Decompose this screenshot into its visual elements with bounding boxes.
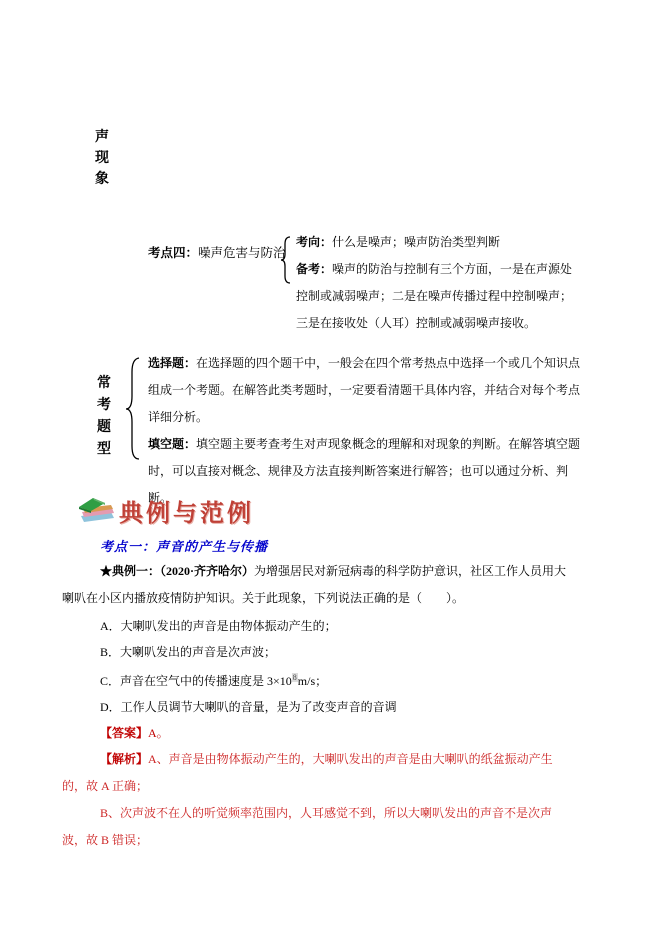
changkao-char: 型 bbox=[97, 439, 111, 461]
chapter-char: 现 bbox=[95, 148, 109, 169]
kaoxiang-line: 考向：什么是噪声；噪声防治类型判断 bbox=[296, 229, 578, 256]
section-header-title: 典例与范例 bbox=[119, 493, 254, 528]
option-d: D．工作人员调节大喇叭的音量，是为了改变声音的音调 bbox=[62, 695, 574, 721]
changkao-char: 题 bbox=[97, 417, 111, 439]
option-d-text: D．工作人员调节大喇叭的音量，是为了改变声音的音调 bbox=[100, 700, 397, 714]
changkao-content: 选择题：在选择题的四个题干中，一般会在四个常考热点中选择一个或几个知识点组成一个… bbox=[148, 350, 590, 512]
left-brace-large bbox=[125, 357, 142, 461]
chapter-char: 声 bbox=[95, 127, 109, 148]
answer-line: 【答案】A。 bbox=[62, 720, 574, 746]
option-c-tail: m/s； bbox=[298, 674, 327, 688]
analysis-part-b: B、次声波不在人的听觉频率范围内，人耳感觉不到，所以大喇叭发出的声音不是次声波，… bbox=[62, 800, 574, 854]
example-question-block: ★典例一：（2020·齐齐哈尔）为增强居民对新冠病毒的科学防护意识，社区工作人员… bbox=[62, 558, 574, 854]
option-c: C．声音在空气中的传播速度是 3×108m/s； bbox=[62, 665, 574, 695]
xuanzeti-text: 在选择题的四个题干中，一般会在四个常考热点中选择一个或几个知识点组成一个考题。在… bbox=[148, 356, 580, 424]
question-lead: ★典例一：（2020·齐齐哈尔） bbox=[100, 564, 254, 578]
kaodian4-label-number: 考点四： bbox=[148, 246, 198, 260]
kaodian1-heading: 考点一：声音的产生与传播 bbox=[100, 536, 268, 555]
analysis-label: 【解析】 bbox=[100, 752, 148, 766]
xuanzeti-paragraph: 选择题：在选择题的四个题干中，一般会在四个常考热点中选择一个或几个知识点组成一个… bbox=[148, 350, 590, 431]
chapter-title-vertical: 声 现 象 bbox=[95, 127, 109, 190]
beikao-paragraph: 备考：噪声的防治与控制有三个方面，一是在声源处控制或减弱噪声；二是在噪声传播过程… bbox=[296, 256, 578, 337]
answer-text: A。 bbox=[148, 726, 169, 740]
beikao-label: 备考： bbox=[296, 262, 332, 276]
chapter-char: 象 bbox=[95, 169, 109, 190]
changkao-title-vertical: 常 考 题 型 bbox=[97, 373, 111, 461]
left-brace-small bbox=[280, 236, 292, 284]
kaodian4-label-topic: 噪声危害与防治 bbox=[198, 246, 286, 260]
option-b: B．大喇叭发出的声音是次声波； bbox=[62, 640, 574, 666]
option-list: A．大喇叭发出的声音是由物体振动产生的； B．大喇叭发出的声音是次声波； C．声… bbox=[62, 614, 574, 720]
tiankongti-label: 填空题： bbox=[148, 437, 196, 451]
beikao-text: 噪声的防治与控制有三个方面，一是在声源处控制或减弱噪声；二是在噪声传播过程中控制… bbox=[296, 262, 572, 330]
option-a: A．大喇叭发出的声音是由物体振动产生的； bbox=[62, 614, 574, 640]
answer-label: 【答案】 bbox=[100, 726, 148, 740]
kaoxiang-label: 考向： bbox=[296, 235, 332, 249]
analysis-block: 【解析】A、声音是由物体振动产生的，大喇叭发出的声音是由大喇叭的纸盆振动产生的，… bbox=[62, 746, 574, 854]
changkao-char: 常 bbox=[97, 373, 111, 395]
document-page: 声 现 象 考点四：噪声危害与防治 考向：什么是噪声；噪声防治类型判断 备考：噪… bbox=[0, 0, 661, 935]
analysis-part-a: 【解析】A、声音是由物体振动产生的，大喇叭发出的声音是由大喇叭的纸盆振动产生的，… bbox=[62, 746, 574, 800]
changkao-char: 考 bbox=[97, 395, 111, 417]
option-a-text: A．大喇叭发出的声音是由物体振动产生的； bbox=[100, 619, 337, 633]
analysis-part-b-text: B、次声波不在人的听觉频率范围内，人耳感觉不到，所以大喇叭发出的声音不是次声波，… bbox=[62, 806, 552, 847]
kaodian4-content: 考向：什么是噪声；噪声防治类型判断 备考：噪声的防治与控制有三个方面，一是在声源… bbox=[296, 229, 578, 337]
kaodian4-label: 考点四：噪声危害与防治 bbox=[148, 243, 286, 261]
xuanzeti-label: 选择题： bbox=[148, 356, 196, 370]
section-header: 典例与范例 bbox=[78, 493, 254, 528]
option-b-text: B．大喇叭发出的声音是次声波； bbox=[100, 645, 276, 659]
question-paragraph: ★典例一：（2020·齐齐哈尔）为增强居民对新冠病毒的科学防护意识，社区工作人员… bbox=[62, 558, 574, 612]
kaoxiang-text: 什么是噪声；噪声防治类型判断 bbox=[332, 235, 500, 249]
option-c-text: C．声音在空气中的传播速度是 3×10 bbox=[100, 674, 292, 688]
stacked-books-icon bbox=[78, 495, 116, 526]
